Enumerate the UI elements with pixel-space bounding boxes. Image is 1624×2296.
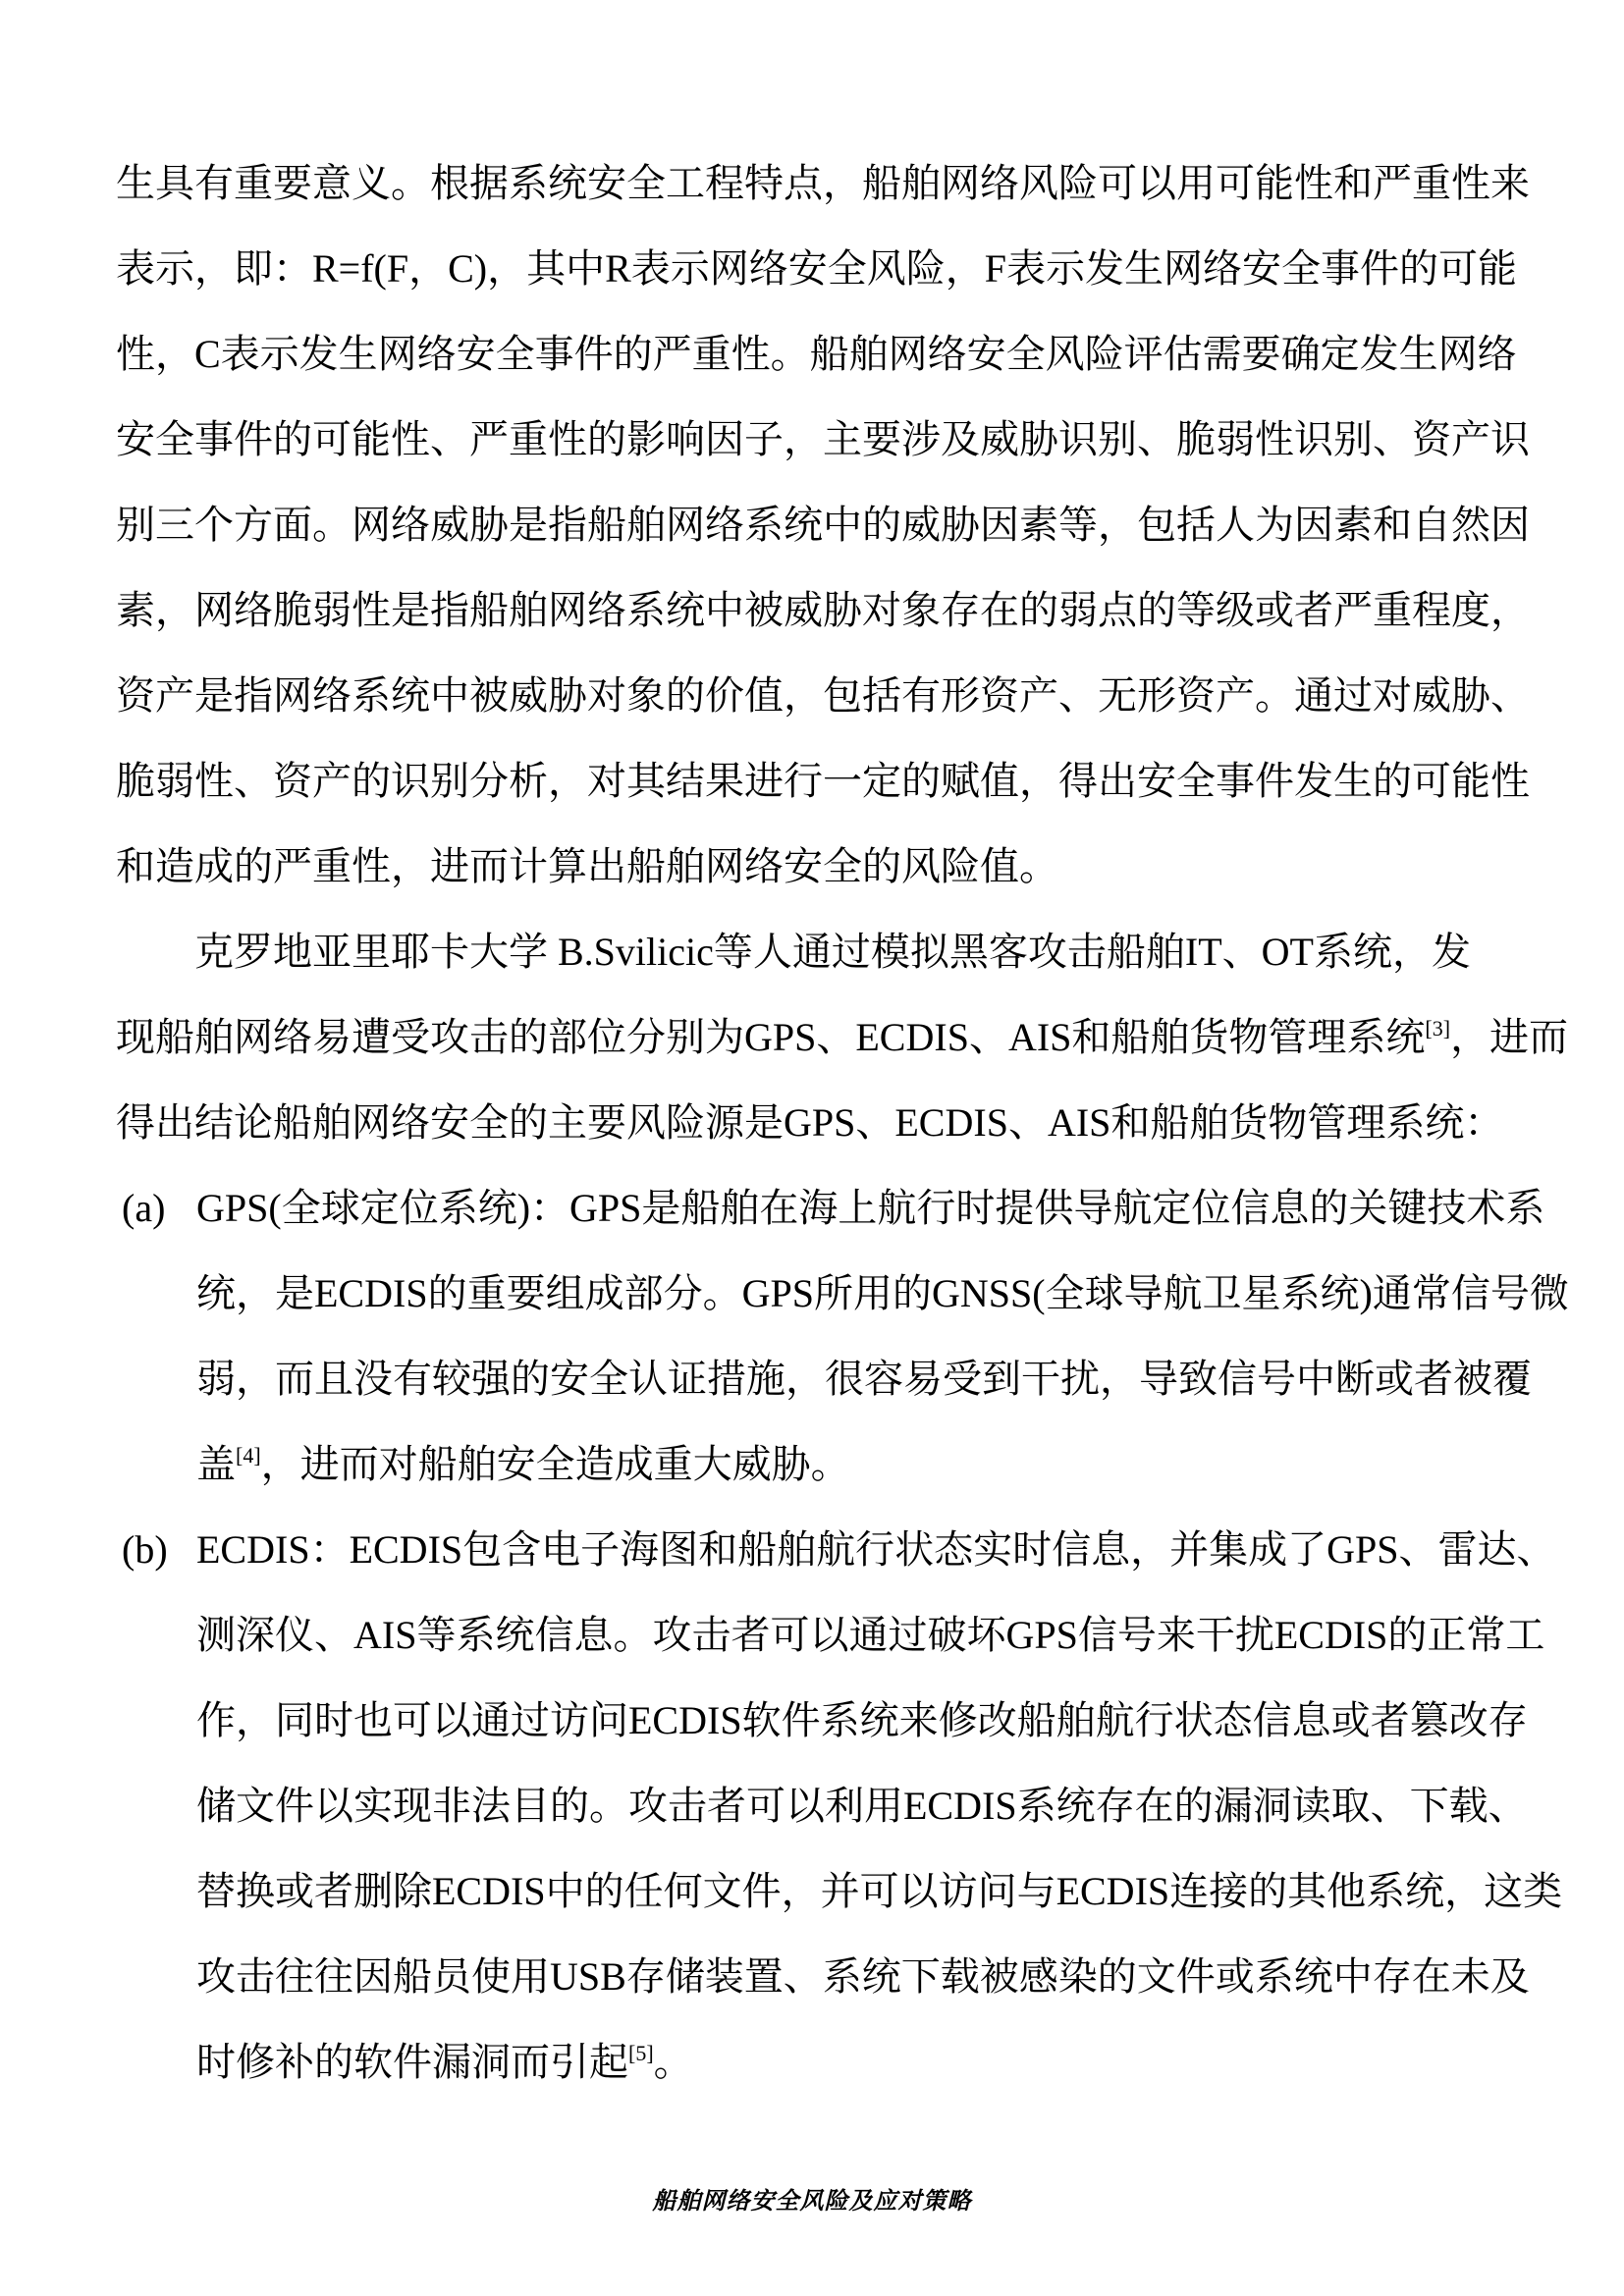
text-line: 安全事件的可能性、严重性的影响因子，主要涉及威胁识别、脆弱性识别、资产识	[116, 397, 1530, 482]
citation-superscript: [5]	[628, 2041, 654, 2065]
text-segment: 。	[654, 2040, 693, 2084]
text-segment: 资产是指网络系统中被威胁对象的价值，包括有形资产、无形资产。通过对威胁、	[116, 673, 1530, 718]
text-segment: 时修补的软件漏洞而引起	[196, 2040, 628, 2084]
text-segment: 统，是ECDIS的重要组成部分。GPS所用的GNSS(全球导航卫星系统)通常信号…	[196, 1271, 1569, 1315]
text-line: 测深仪、AIS等系统信息。攻击者可以通过破坏GPS信号来干扰ECDIS的正常工	[116, 1592, 1530, 1678]
text-segment: 素，网络脆弱性是指船舶网络系统中被威胁对象存在的弱点的等级或者严重程度，	[116, 588, 1530, 632]
text-line: 统，是ECDIS的重要组成部分。GPS所用的GNSS(全球导航卫星系统)通常信号…	[116, 1251, 1530, 1336]
text-line: 素，网络脆弱性是指船舶网络系统中被威胁对象存在的弱点的等级或者严重程度，	[116, 567, 1530, 653]
text-line: 攻击往往因船员使用USB存储装置、系统下载被感染的文件或系统中存在未及	[116, 1934, 1530, 2019]
text-line: (a)GPS(全球定位系统)：GPS是船舶在海上航行时提供导航定位信息的关键技术…	[116, 1165, 1530, 1251]
text-segment: 储文件以实现非法目的。攻击者可以利用ECDIS系统存在的漏洞读取、下载、	[196, 1784, 1528, 1828]
page-footer-title: 船舶网络安全风险及应对策略	[0, 2181, 1624, 2216]
text-line: 现船舶网络易遭受攻击的部位分别为GPS、ECDIS、AIS和船舶货物管理系统[3…	[116, 994, 1530, 1080]
text-segment: 替换或者删除ECDIS中的任何文件，并可以访问与ECDIS连接的其他系统，这类	[196, 1869, 1562, 1913]
document-page: 生具有重要意义。根据系统安全工程特点，船舶网络风险可以用可能性和严重性来表示，即…	[0, 0, 1624, 2296]
text-segment: 盖	[196, 1442, 236, 1486]
list-item-marker: (b)	[122, 1507, 196, 1592]
text-segment: 攻击往往因船员使用USB存储装置、系统下载被感染的文件或系统中存在未及	[196, 1954, 1530, 1999]
text-line: 替换或者删除ECDIS中的任何文件，并可以访问与ECDIS连接的其他系统，这类	[116, 1848, 1530, 1934]
text-line: 作，同时也可以通过访问ECDIS软件系统来修改船舶航行状态信息或者篡改存	[116, 1678, 1530, 1763]
text-line: 性，C表示发生网络安全事件的严重性。船舶网络安全风险评估需要确定发生网络	[116, 311, 1530, 397]
text-segment: 安全事件的可能性、严重性的影响因子，主要涉及威胁识别、脆弱性识别、资产识	[116, 417, 1530, 461]
text-segment: 性，C表示发生网络安全事件的严重性。船舶网络安全风险评估需要确定发生网络	[116, 332, 1517, 376]
text-line: (b)ECDIS：ECDIS包含电子海图和船舶航行状态实时信息，并集成了GPS、…	[116, 1507, 1530, 1592]
text-line: 克罗地亚里耶卡大学 B.Svilicic等人通过模拟黑客攻击船舶IT、OT系统，…	[116, 909, 1530, 994]
text-line: 得出结论船舶网络安全的主要风险源是GPS、ECDIS、AIS和船舶货物管理系统：	[116, 1080, 1530, 1165]
text-segment: ，进而对船舶安全造成重大威胁。	[261, 1442, 850, 1486]
text-segment: 作，同时也可以通过访问ECDIS软件系统来修改船舶航行状态信息或者篡改存	[196, 1698, 1528, 1742]
text-segment: 弱，而且没有较强的安全认证措施，很容易受到干扰，导致信号中断或者被覆	[196, 1357, 1532, 1401]
text-segment: 得出结论船舶网络安全的主要风险源是GPS、ECDIS、AIS和船舶货物管理系统：	[116, 1100, 1503, 1145]
text-segment: ECDIS：ECDIS包含电子海图和船舶航行状态实时信息，并集成了GPS、雷达、	[196, 1527, 1556, 1572]
text-segment: 测深仪、AIS等系统信息。攻击者可以通过破坏GPS信号来干扰ECDIS的正常工	[196, 1613, 1544, 1657]
citation-superscript: [4]	[236, 1443, 261, 1468]
text-segment: 别三个方面。网络威胁是指船舶网络系统中的威胁因素等，包括人为因素和自然因	[116, 503, 1530, 547]
text-segment: 生具有重要意义。根据系统安全工程特点，船舶网络风险可以用可能性和严重性来	[116, 161, 1530, 205]
text-line: 时修补的软件漏洞而引起[5]。	[116, 2019, 1530, 2105]
text-line: 盖[4]，进而对船舶安全造成重大威胁。	[116, 1421, 1530, 1507]
text-segment: 表示，即：R=f(F，C)，其中R表示网络安全风险，F表示发生网络安全事件的可能	[116, 246, 1517, 291]
text-segment: 现船舶网络易遭受攻击的部位分别为GPS、ECDIS、AIS和船舶货物管理系统	[116, 1015, 1425, 1059]
text-line: 储文件以实现非法目的。攻击者可以利用ECDIS系统存在的漏洞读取、下载、	[116, 1763, 1530, 1848]
citation-superscript: [3]	[1425, 1016, 1450, 1041]
text-line: 表示，即：R=f(F，C)，其中R表示网络安全风险，F表示发生网络安全事件的可能	[116, 226, 1530, 311]
text-line: 生具有重要意义。根据系统安全工程特点，船舶网络风险可以用可能性和严重性来	[116, 140, 1530, 226]
list-item-marker: (a)	[122, 1165, 196, 1251]
text-segment: 和造成的严重性，进而计算出船舶网络安全的风险值。	[116, 844, 1058, 888]
text-segment: GPS(全球定位系统)：GPS是船舶在海上航行时提供导航定位信息的关键技术系	[196, 1186, 1544, 1230]
text-line: 别三个方面。网络威胁是指船舶网络系统中的威胁因素等，包括人为因素和自然因	[116, 482, 1530, 567]
text-segment: 脆弱性、资产的识别分析，对其结果进行一定的赋值，得出安全事件发生的可能性	[116, 759, 1530, 803]
text-line: 和造成的严重性，进而计算出船舶网络安全的风险值。	[116, 824, 1530, 909]
text-segment: ，进而	[1450, 1015, 1568, 1059]
text-line: 脆弱性、资产的识别分析，对其结果进行一定的赋值，得出安全事件发生的可能性	[116, 738, 1530, 824]
text-line: 资产是指网络系统中被威胁对象的价值，包括有形资产、无形资产。通过对威胁、	[116, 653, 1530, 738]
text-line: 弱，而且没有较强的安全认证措施，很容易受到干扰，导致信号中断或者被覆	[116, 1336, 1530, 1421]
text-segment: 克罗地亚里耶卡大学 B.Svilicic等人通过模拟黑客攻击船舶IT、OT系统，…	[194, 930, 1471, 974]
document-body: 生具有重要意义。根据系统安全工程特点，船舶网络风险可以用可能性和严重性来表示，即…	[116, 140, 1530, 2105]
